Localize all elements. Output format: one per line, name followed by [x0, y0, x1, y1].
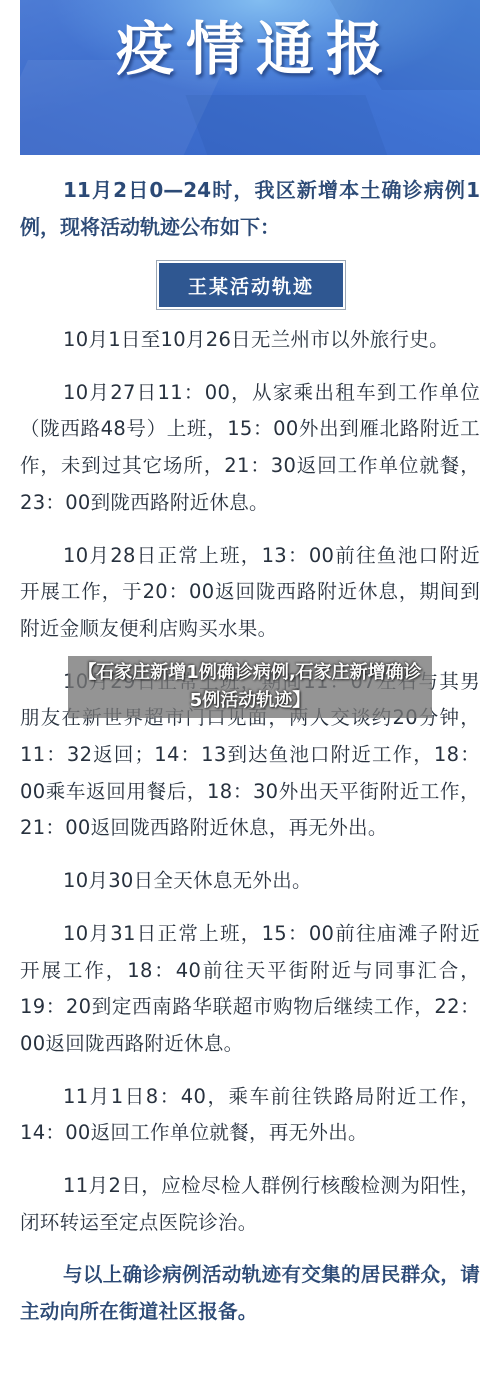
banner-decor-facet [185, 95, 394, 155]
paragraph-oct-28: 10月28日正常上班，13：00前往鱼池口附近开展工作，于20：00返回陇西路附… [20, 538, 480, 648]
article-body: 10月1日至10月26日无兰州市以外旅行史。 10月27日11：00，从家乘出租… [20, 322, 480, 1347]
caption-overlay: 【石家庄新增1例确诊病例,石家庄新增确诊5例活动轨迹】 [68, 656, 432, 718]
paragraph-oct-30: 10月30日全天休息无外出。 [20, 863, 480, 900]
banner-title: 疫情通报 [20, 14, 480, 84]
paragraph-travel-history: 10月1日至10月26日无兰州市以外旅行史。 [20, 322, 480, 359]
paragraph-nov-2: 11月2日，应检尽检人群例行核酸检测为阳性，闭环转运至定点医院诊治。 [20, 1168, 480, 1241]
section-title: 王某活动轨迹 [159, 263, 343, 307]
section-title-box: 王某活动轨迹 [156, 260, 346, 310]
headline: 11月2日0—24时，我区新增本土确诊病例1例，现将活动轨迹公布如下： [20, 172, 480, 246]
closing-notice: 与以上确诊病例活动轨迹有交集的居民群众，请主动向所在街道社区报备。 [20, 1257, 480, 1330]
header-banner: 疫情通报 [20, 0, 480, 155]
paragraph-nov-1: 11月1日8：40，乘车前往铁路局附近工作，14：00返回工作单位就餐，再无外出… [20, 1079, 480, 1152]
paragraph-oct-31: 10月31日正常上班，15：00前往庙滩子附近开展工作，18：40前往天平街附近… [20, 916, 480, 1063]
paragraph-oct-27: 10月27日11：00，从家乘出租车到工作单位（陇西路48号）上班，15：00外… [20, 375, 480, 522]
